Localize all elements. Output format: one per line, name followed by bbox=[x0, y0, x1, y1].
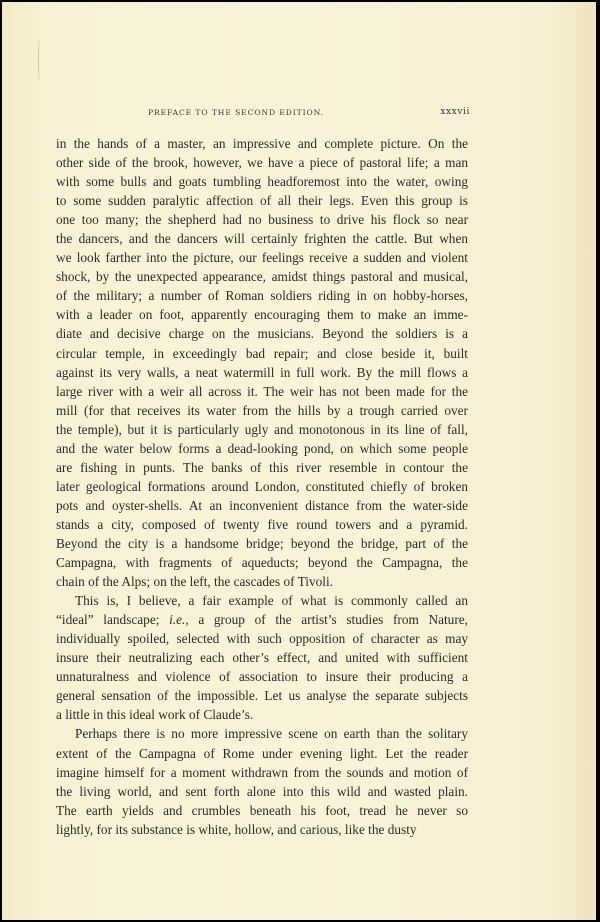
text-line: of the military; a number of Roman soldi… bbox=[56, 286, 468, 305]
text-line: This is, I believe, a fair example of wh… bbox=[56, 591, 468, 610]
text-line: diate and decisive charge on the musicia… bbox=[56, 324, 468, 343]
text-line: the dancers, and the dancers will certai… bbox=[56, 229, 468, 248]
text-line: lightly, for its substance is white, hol… bbox=[56, 820, 468, 839]
text-line: “ideal” landscape; i.e., a group of the … bbox=[56, 610, 468, 629]
body-text: in the hands of a master, an impressive … bbox=[56, 134, 468, 839]
text-line: imagine himself for a moment withdrawn f… bbox=[56, 763, 468, 782]
running-head-title: PREFACE TO THE SECOND EDITION. bbox=[148, 108, 324, 117]
running-head: PREFACE TO THE SECOND EDITION. xxxvii bbox=[148, 108, 470, 122]
text-line: circular temple, in exceedingly bad repa… bbox=[56, 344, 468, 363]
text-line: to some sudden paralytic affection of al… bbox=[56, 191, 468, 210]
text-line: with a leader on foot, apparently encour… bbox=[56, 305, 468, 324]
text-line: chain of the Alps; on the left, the casc… bbox=[56, 572, 468, 591]
text-line: in the hands of a master, an impressive … bbox=[56, 134, 468, 153]
text-line: Campagna, with fragments of aqueducts; b… bbox=[56, 553, 468, 572]
paper-mark bbox=[38, 38, 41, 82]
text-line: individually spoiled, selected with such… bbox=[56, 629, 468, 648]
book-page: PREFACE TO THE SECOND EDITION. xxxvii in… bbox=[2, 2, 596, 920]
text-line: against its very walls, a neat watermill… bbox=[56, 363, 468, 382]
text-line: general sensation of the impossible. Let… bbox=[56, 686, 468, 705]
text-line: with some bulls and goats tumbling headf… bbox=[56, 172, 468, 191]
text-line: extent of the Campagna of Rome under eve… bbox=[56, 744, 468, 763]
text-line: the living world, and sent forth alone i… bbox=[56, 782, 468, 801]
text-line: pots and oyster-shells. At an inconvenie… bbox=[56, 496, 468, 515]
text-line: shock, by the unexpected appearance, ami… bbox=[56, 267, 468, 286]
text-line: the temple), but it is particularly ugly… bbox=[56, 420, 468, 439]
text-line: mill (for that receives its water from t… bbox=[56, 401, 468, 420]
page-number: xxxvii bbox=[440, 107, 470, 117]
text-line: we look farther into the picture, our fe… bbox=[56, 248, 468, 267]
text-line: The earth yields and crumbles beneath hi… bbox=[56, 801, 468, 820]
text-line: large river with a weir all across it. T… bbox=[56, 382, 468, 401]
text-line: are fishing in punts. The banks of this … bbox=[56, 458, 468, 477]
text-line: later geological formations around Londo… bbox=[56, 477, 468, 496]
paragraph: Perhaps there is no more impressive scen… bbox=[56, 724, 468, 838]
text-line: stands a city, composed of twenty five r… bbox=[56, 515, 468, 534]
paragraph: This is, I believe, a fair example of wh… bbox=[56, 591, 468, 724]
paragraph: in the hands of a master, an impressive … bbox=[56, 134, 468, 591]
text-line: one too many; the shepherd had no busine… bbox=[56, 210, 468, 229]
text-line: Perhaps there is no more impressive scen… bbox=[56, 724, 468, 743]
text-line: other side of the brook, however, we hav… bbox=[56, 153, 468, 172]
text-line: Beyond the city is a handsome bridge; be… bbox=[56, 534, 468, 553]
text-line: insure their neutralizing each other’s e… bbox=[56, 648, 468, 667]
text-line: a little in this ideal work of Claude’s. bbox=[56, 705, 468, 724]
text-line: unnaturalness and violence of associatio… bbox=[56, 667, 468, 686]
text-line: and the water below forms a dead-looking… bbox=[56, 439, 468, 458]
